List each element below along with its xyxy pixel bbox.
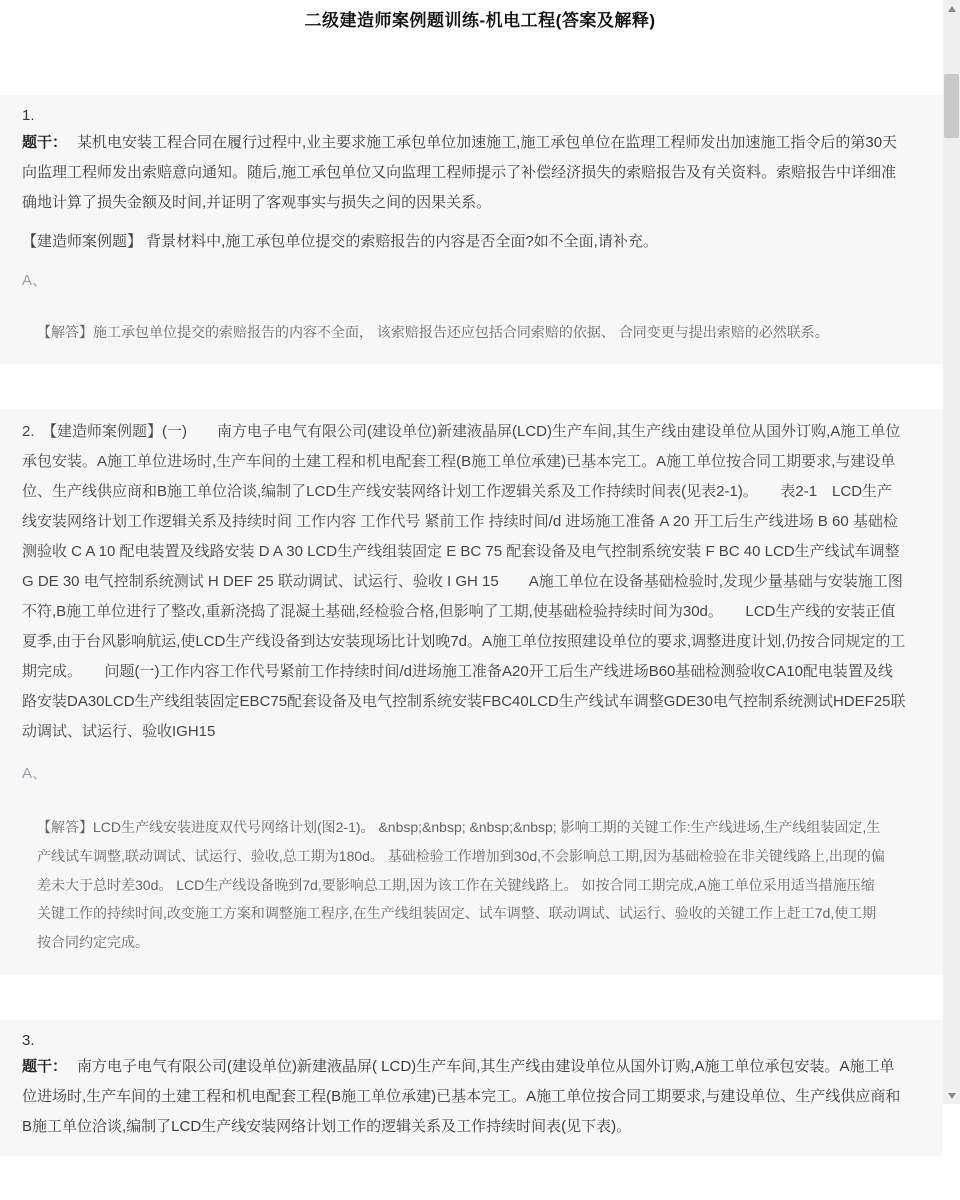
question-1-stem: 题干：某机电安装工程合同在履行过程中,业主要求施工承包单位加速施工,施工承包单位…	[22, 128, 907, 218]
scrollbar[interactable]	[943, 0, 960, 1104]
stem-text: 某机电安装工程合同在履行过程中,业主要求施工承包单位加速施工,施工承包单位在监理…	[22, 134, 897, 211]
question-2-body: 2. 【建造师案例题】(一) 南方电子电气有限公司(建设单位)新建液晶屏(LCD…	[22, 417, 907, 747]
arrow-up-icon	[948, 6, 956, 12]
scroll-down-button[interactable]	[943, 1087, 960, 1104]
question-block-1: 1. 题干：某机电安装工程合同在履行过程中,业主要求施工承包单位加速施工,施工承…	[0, 95, 943, 364]
question-3-number: 3.	[22, 1030, 907, 1053]
page: 二级建造师案例题训练-机电工程(答案及解释) bzxi.net 1. 题干：某机…	[0, 0, 960, 1200]
question-3-stem: 题干：南方电子电气有限公司(建设单位)新建液晶屏( LCD)生产车间,其生产线由…	[22, 1052, 907, 1142]
question-2-answer: 【解答】LCD生产线安装进度双代号网络计划(图2-1)。 &nbsp;&nbsp…	[22, 813, 885, 956]
page-title: 二级建造师案例题训练-机电工程(答案及解释)	[0, 0, 960, 31]
question-block-2: 2. 【建造师案例题】(一) 南方电子电气有限公司(建设单位)新建液晶屏(LCD…	[0, 409, 943, 974]
scrollbar-thumb[interactable]	[944, 74, 959, 138]
content-area: 1. 题干：某机电安装工程合同在履行过程中,业主要求施工承包单位加速施工,施工承…	[0, 95, 943, 1156]
stem-label: 题干：	[22, 1058, 67, 1075]
stem-text: 南方电子电气有限公司(建设单位)新建液晶屏( LCD)生产车间,其生产线由建设单…	[22, 1058, 900, 1135]
question-1-answer: 【解答】施工承包单位提交的索赔报告的内容不全面， 该索赔报告还应包括合同索赔的依…	[22, 318, 885, 347]
stem-label: 题干：	[22, 134, 67, 151]
question-2-option-a: A、	[22, 759, 907, 789]
arrow-down-icon	[948, 1093, 956, 1099]
scroll-up-button[interactable]	[943, 0, 960, 17]
question-1-number: 1.	[22, 105, 907, 128]
question-block-3: 3. 题干：南方电子电气有限公司(建设单位)新建液晶屏( LCD)生产车间,其生…	[0, 1020, 943, 1157]
question-1-case: 【建造师案例题】 背景材料中,施工承包单位提交的索赔报告的内容是否全面?如不全面…	[22, 227, 907, 257]
question-1-option-a: A、	[22, 266, 907, 296]
